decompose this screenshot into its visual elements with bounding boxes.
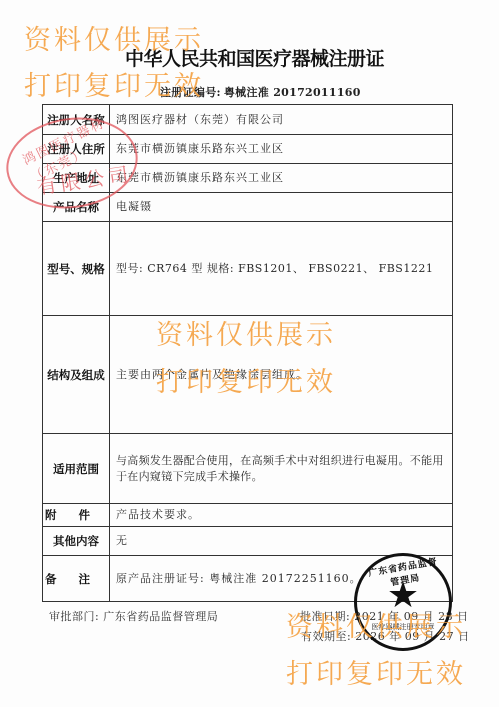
row-value: 与高频发生器配合使用，在高频手术中对组织进行电凝用。不能用于在内窥镜下完成手术操… [110,434,453,504]
table-row: 型号、规格 型号: CR764 型 规格: FBS1201、 FBS0221、 … [43,222,453,316]
registration-number-value: 粤械注准 20172011160 [224,86,361,99]
row-label: 其他内容 [43,527,110,556]
table-row: 其他内容 无 [43,527,453,556]
row-label: 适用范围 [43,434,110,504]
row-label: 结构及组成 [43,316,110,434]
watermark-top-line2: 打印复印无效 [24,64,204,103]
watermark-bottom-line1: 资料仅供展示 [286,605,466,644]
watermark-middle-line2: 打印复印无效 [156,360,336,399]
row-value: 无 [110,527,453,556]
row-label: 附件 [43,504,110,527]
row-label: 型号、规格 [43,222,110,316]
table-row: 附件 产品技术要求。 [43,504,453,527]
row-value: 东莞市横沥镇康乐路东兴工业区 [110,135,453,164]
table-row: 适用范围 与高频发生器配合使用，在高频手术中对组织进行电凝用。不能用于在内窥镜下… [43,434,453,504]
watermark-bottom-line2: 打印复印无效 [286,652,466,691]
row-value: 型号: CR764 型 规格: FBS1201、 FBS0221、 FBS122… [110,222,453,316]
row-value: 鸿图医疗器材（东莞）有限公司 [110,105,453,135]
watermark-top-line1: 资料仅供展示 [24,18,204,57]
row-value: 电凝镊 [110,193,453,222]
watermark-middle-line1: 资料仅供展示 [156,313,336,352]
row-label: 备注 [43,556,110,602]
approval-department: 审批部门: 广东省药品监督管理局 [49,608,218,624]
row-value: 东莞市横沥镇康乐路东兴工业区 [110,164,453,193]
row-value: 产品技术要求。 [110,504,453,527]
